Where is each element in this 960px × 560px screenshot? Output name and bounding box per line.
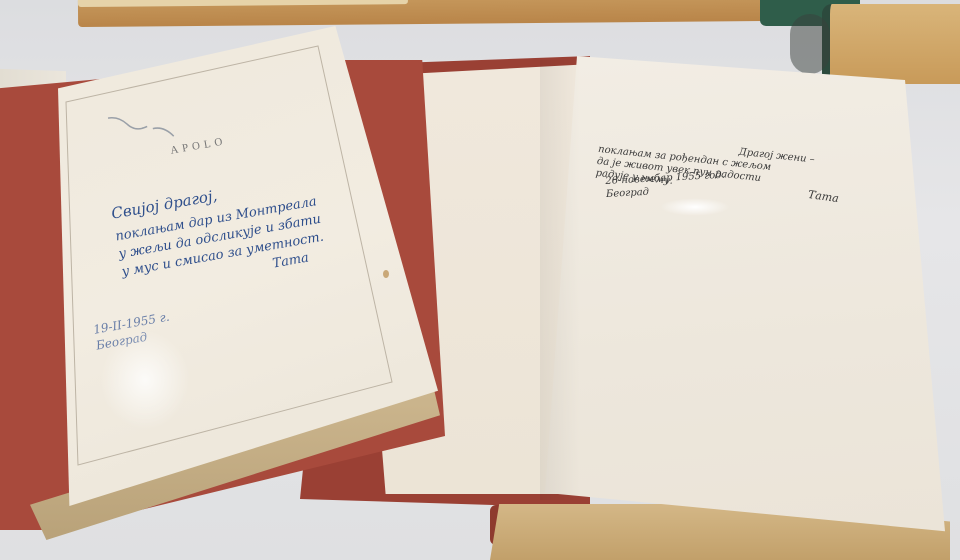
light-glare: [100, 330, 190, 430]
light-glare: [660, 198, 730, 216]
page-stain: [383, 270, 389, 278]
